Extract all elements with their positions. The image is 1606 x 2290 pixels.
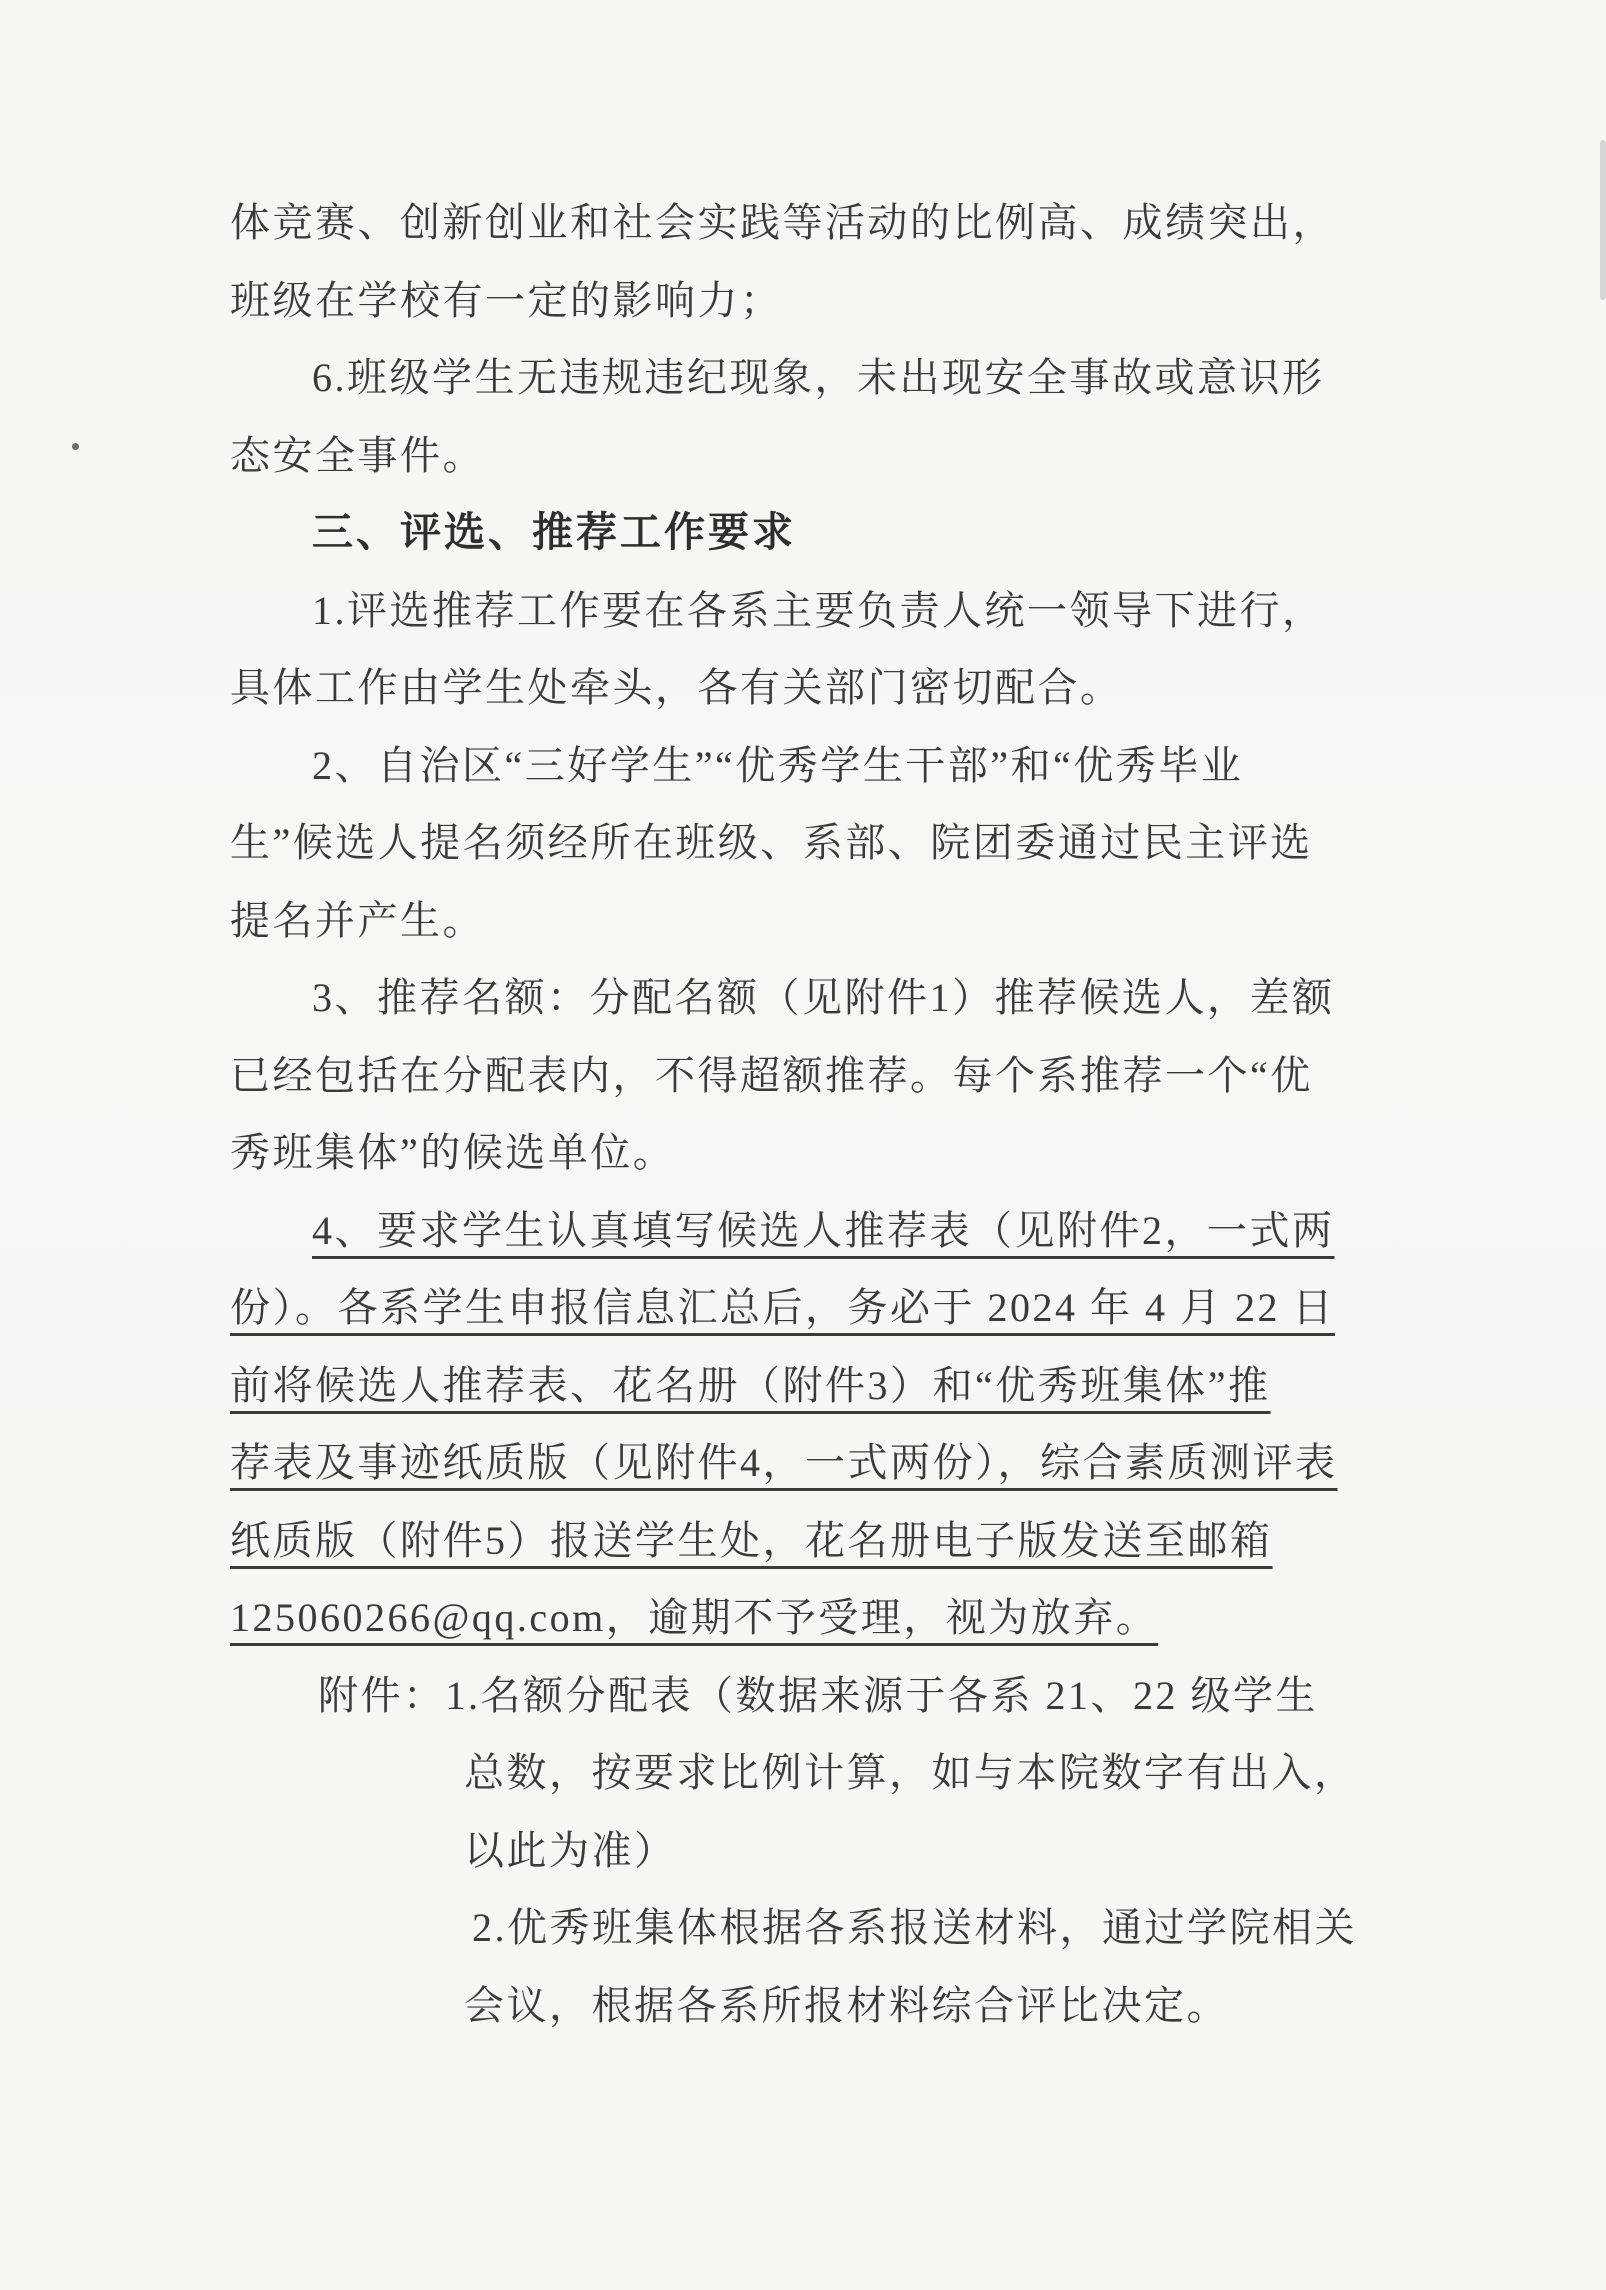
- scanned-document-page: 体竞赛、创新创业和社会实践等活动的比例高、成绩突出，班级在学校有一定的影响力；6…: [0, 0, 1606, 2290]
- text-line: 6.班级学生无违规违纪现象，未出现安全事故或意识形: [312, 339, 1325, 416]
- text-line: 生”候选人提名须经所在班级、系部、院团委通过民主评选: [230, 804, 1313, 881]
- text-line: 附件：1.名额分配表（数据来源于各系 21、22 级学生: [318, 1657, 1318, 1734]
- text-line: 前将候选人推荐表、花名册（附件3）和“优秀班集体”推: [230, 1347, 1271, 1424]
- text-line: 以此为准）: [464, 1812, 677, 1889]
- text-line: 已经包括在分配表内，不得超额推荐。每个系推荐一个“优: [230, 1037, 1313, 1114]
- text-line: 态安全事件。: [230, 417, 485, 494]
- document-body: 体竞赛、创新创业和社会实践等活动的比例高、成绩突出，班级在学校有一定的影响力；6…: [0, 0, 1606, 2290]
- scan-edge-smudge: [1600, 140, 1606, 300]
- text-line: 会议，根据各系所报材料综合评比决定。: [464, 1967, 1229, 2044]
- text-line: 班级在学校有一定的影响力；: [230, 262, 783, 339]
- text-line: 荐表及事迹纸质版（见附件4，一式两份），综合素质测评表: [230, 1424, 1338, 1501]
- text-line: 125060266@qq.com，逾期不予受理，视为放弃。: [230, 1579, 1158, 1656]
- text-line: 1.评选推荐工作要在各系主要负责人统一领导下进行，: [312, 572, 1325, 649]
- text-line: 秀班集体”的候选单位。: [230, 1114, 675, 1191]
- section-heading: 三、评选、推荐工作要求: [312, 494, 796, 571]
- ink-speck: [72, 443, 79, 450]
- text-line: 2、自治区“三好学生”“优秀学生干部”和“优秀毕业: [312, 727, 1243, 804]
- text-line: 3、推荐名额：分配名额（见附件1）推荐候选人，差额: [312, 959, 1335, 1036]
- text-line: 提名并产生。: [230, 882, 485, 959]
- text-line: 纸质版（附件5）报送学生处，花名册电子版发送至邮箱: [230, 1502, 1273, 1579]
- text-line: 具体工作由学生处牵头，各有关部门密切配合。: [230, 649, 1123, 726]
- text-line: 4、要求学生认真填写候选人推荐表（见附件2，一式两: [312, 1192, 1335, 1269]
- text-line: 体竞赛、创新创业和社会实践等活动的比例高、成绩突出，: [230, 184, 1335, 261]
- text-line: 总数，按要求比例计算，如与本院数字有出入，: [464, 1734, 1357, 1811]
- text-line: 份）。各系学生申报信息汇总后，务必于 2024 年 4 月 22 日: [230, 1269, 1335, 1346]
- text-line: 2.优秀班集体根据各系报送材料，通过学院相关: [472, 1889, 1357, 1966]
